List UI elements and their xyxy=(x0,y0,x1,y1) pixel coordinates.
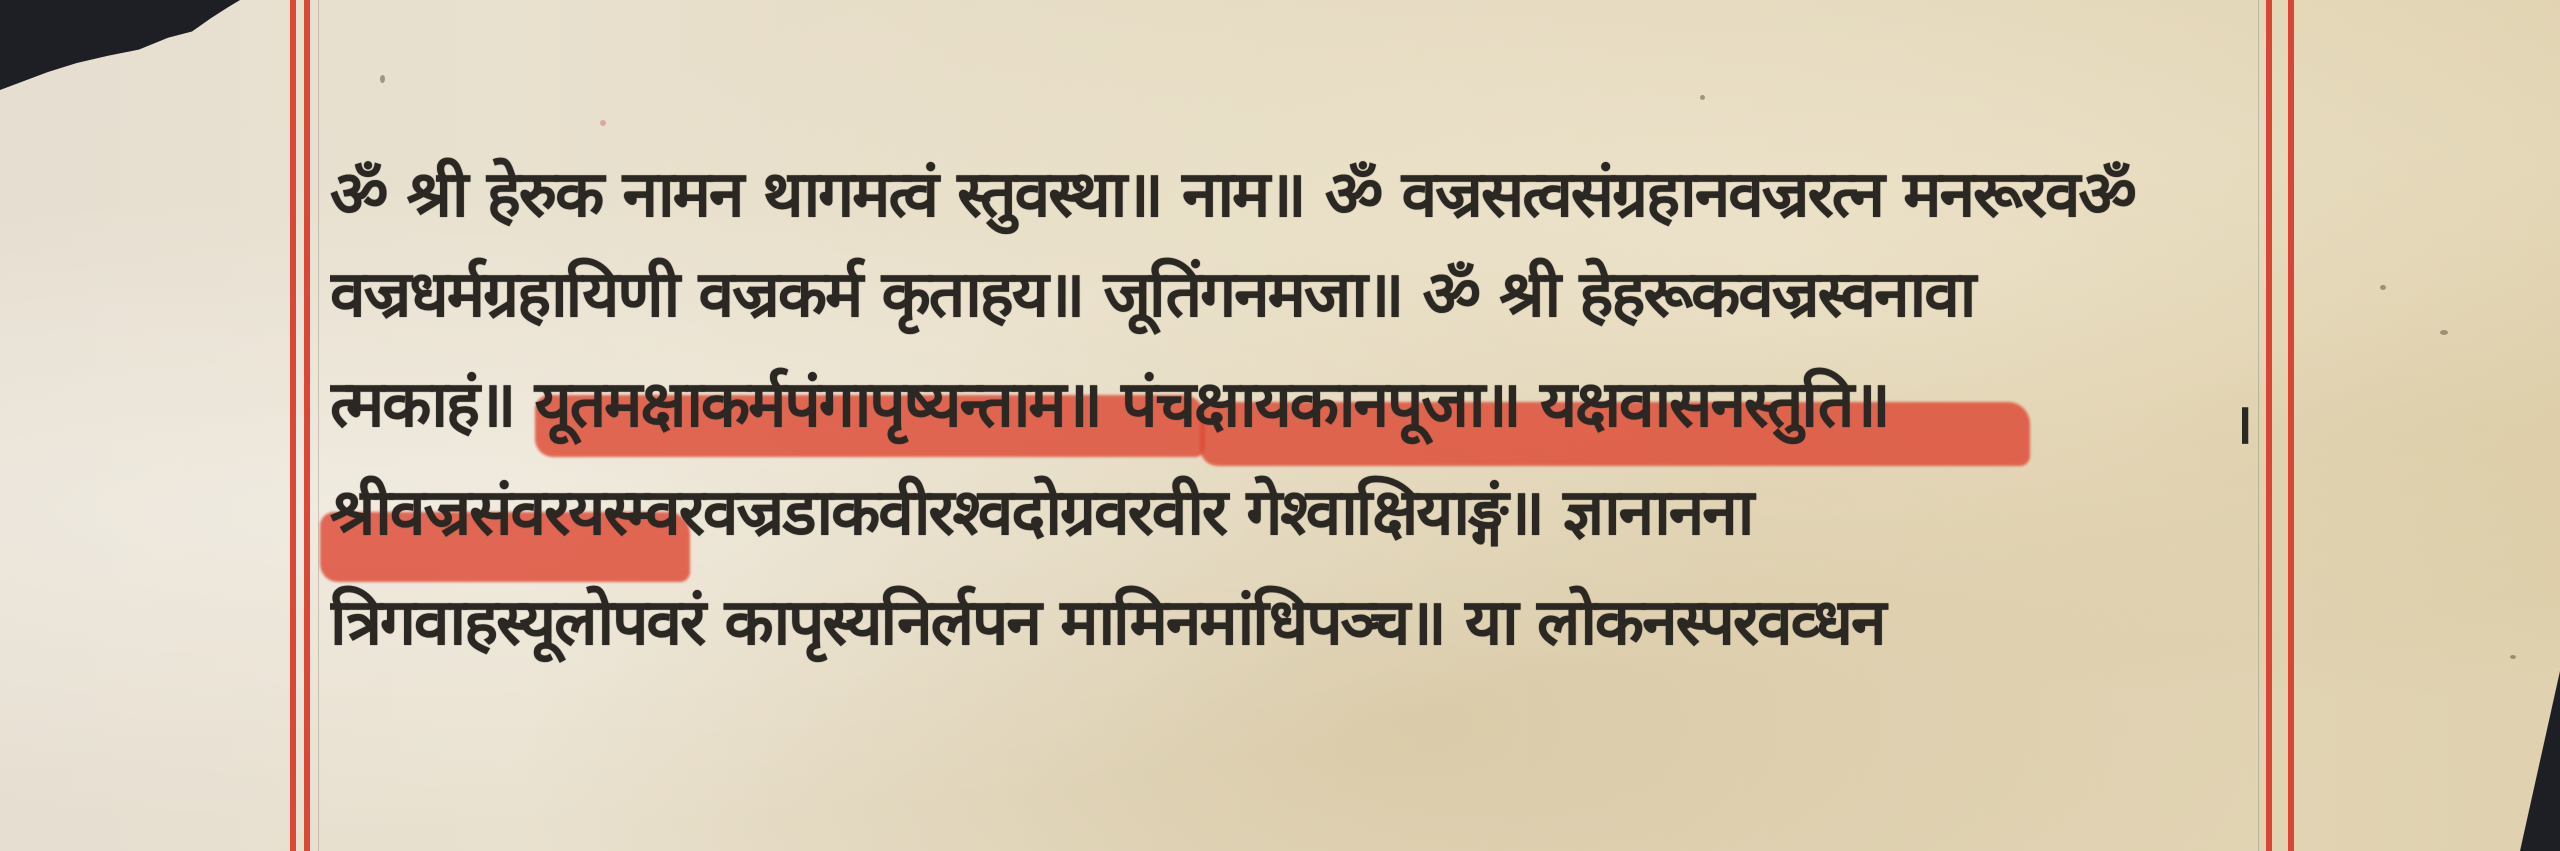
left-margin-guide xyxy=(318,0,319,851)
right-margin-guide xyxy=(2258,0,2259,851)
text-line-1: ॐ श्री हेरुक नामन थागमत्वं स्तुवस्था॥ ना… xyxy=(330,150,2260,240)
right-border-rule-outer xyxy=(2288,0,2294,851)
cloth-background-bottom-right xyxy=(2520,671,2560,851)
margin-mark: । xyxy=(2232,390,2253,460)
paper-speck xyxy=(1700,95,1705,100)
left-border-rule-inner xyxy=(304,0,310,851)
left-border-rule-outer xyxy=(290,0,296,851)
paper-speck xyxy=(2380,285,2386,290)
right-border-rule-inner xyxy=(2266,0,2272,851)
text-line-4: श्रीवज्रसंवरयस्म्वरवज्रडाकवीरश्वदोग्रवरव… xyxy=(330,468,2260,558)
text-line-2: वज्रधर्मग्रहायिणी वज्रकर्म कृताहय॥ जूतिं… xyxy=(330,250,2260,340)
paper-speck xyxy=(2510,655,2516,659)
paper-speck xyxy=(600,120,606,126)
text-line-5: त्रिगवाहस्यूलोपवरं कापृस्यनिर्लपन मामिनम… xyxy=(330,578,2260,668)
paper-speck xyxy=(380,75,385,83)
manuscript-page: ॐ श्री हेरुक नामन थागमत्वं स्तुवस्था॥ ना… xyxy=(0,0,2560,851)
paper-speck xyxy=(2440,330,2448,335)
cloth-background-top-left xyxy=(0,0,240,90)
text-line-3: त्मकाहं॥ यूतमक्षाकर्मपंगापृष्यन्ताम॥ पंच… xyxy=(330,360,2160,450)
